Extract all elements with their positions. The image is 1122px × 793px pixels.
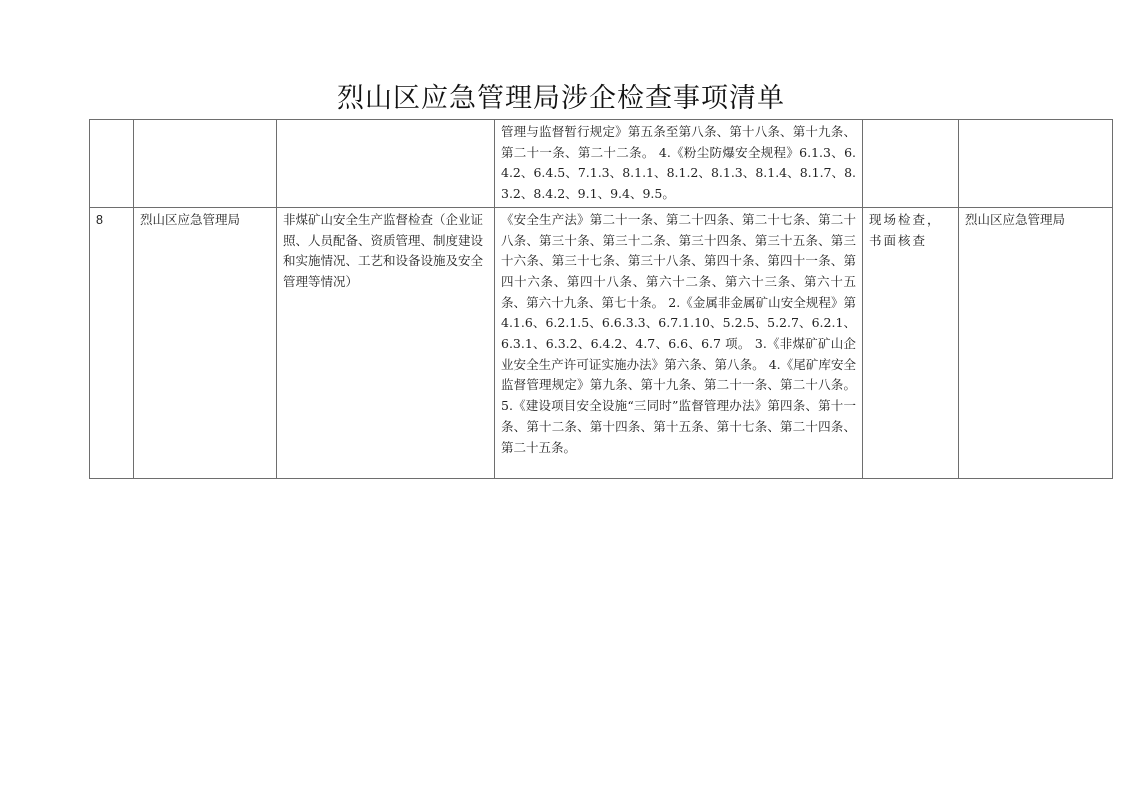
cell-department: 烈山区应急管理局 — [134, 207, 277, 478]
cell-inspection-method: 现场检查，书面核查 — [863, 207, 959, 478]
document-title: 烈山区应急管理局涉企检查事项清单 — [0, 76, 1122, 115]
cell-legal-basis: 管理与监督暂行规定》第五条至第八条、第十八条、第十九条、第二十一条、第二十二条。… — [495, 120, 863, 208]
cell-legal-basis: 《安全生产法》第二十一条、第二十四条、第二十七条、第二十八条、第三十条、第三十二… — [495, 207, 863, 478]
cell-implementer: 烈山区应急管理局 — [959, 207, 1113, 478]
cell-index: 8 — [90, 207, 134, 478]
cell-index — [90, 120, 134, 208]
table-row: 8 烈山区应急管理局 非煤矿山安全生产监督检查（企业证照、人员配备、资质管理、制… — [90, 207, 1113, 478]
table-row: 管理与监督暂行规定》第五条至第八条、第十八条、第十九条、第二十一条、第二十二条。… — [90, 120, 1113, 208]
inspection-items-table: 管理与监督暂行规定》第五条至第八条、第十八条、第十九条、第二十一条、第二十二条。… — [89, 119, 1113, 479]
cell-inspection-item: 非煤矿山安全生产监督检查（企业证照、人员配备、资质管理、制度建设和实施情况、工艺… — [277, 207, 495, 478]
cell-department — [134, 120, 277, 208]
cell-inspection-method — [863, 120, 959, 208]
cell-inspection-item — [277, 120, 495, 208]
cell-implementer — [959, 120, 1113, 208]
